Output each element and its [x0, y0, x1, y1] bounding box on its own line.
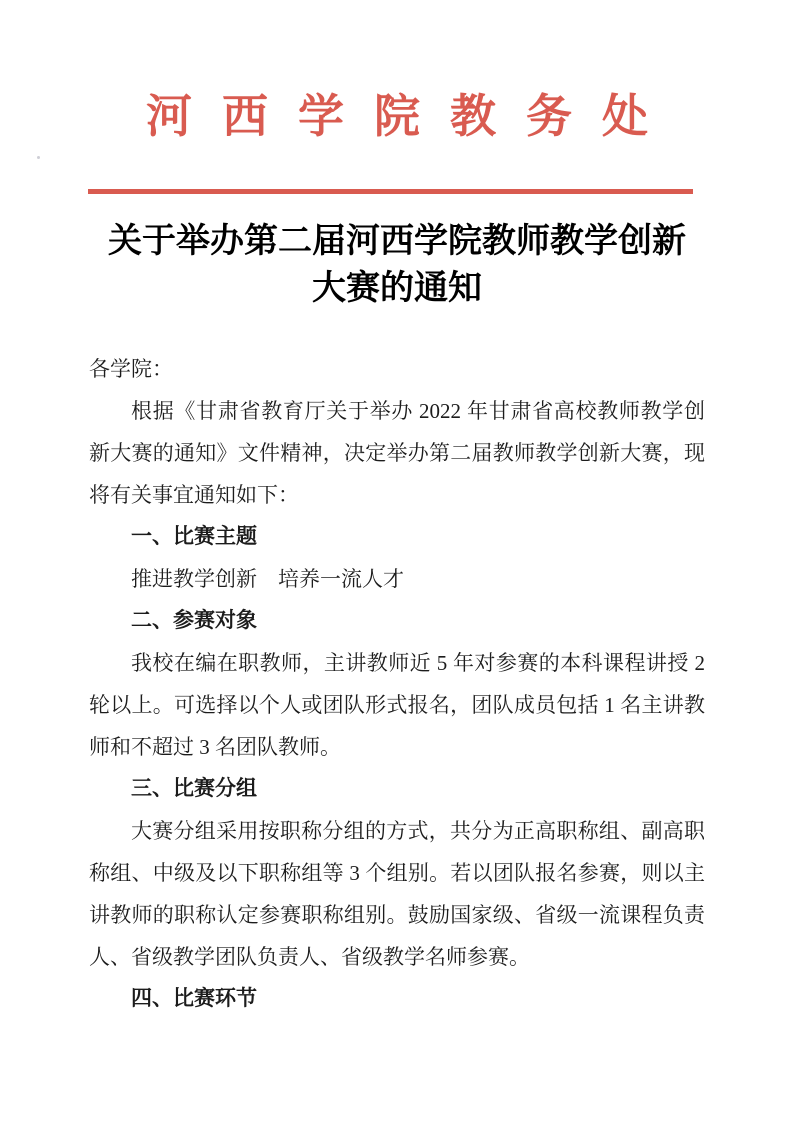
- letterhead-divider-line: [88, 189, 693, 194]
- section-text-3: 大赛分组采用按职称分组的方式，共分为正高职称组、副高职称组、中级及以下职称组等 …: [89, 810, 705, 978]
- intro-paragraph: 根据《甘肃省教育厅关于举办 2022 年甘肃省高校教师教学创新大赛的通知》文件精…: [89, 390, 705, 516]
- section-text-2: 我校在编在职教师，主讲教师近 5 年对参赛的本科课程讲授 2 轮以上。可选择以个…: [89, 642, 705, 768]
- salutation: 各学院：: [89, 348, 705, 390]
- document-title: 关于举办第二届河西学院教师教学创新 大赛的通知: [0, 218, 794, 312]
- section-heading-4: 四、比赛环节: [89, 978, 705, 1020]
- document-body: 各学院： 根据《甘肃省教育厅关于举办 2022 年甘肃省高校教师教学创新大赛的通…: [89, 348, 705, 1020]
- scan-speck: [37, 156, 40, 159]
- document-title-line2: 大赛的通知: [0, 265, 794, 312]
- section-heading-2: 二、参赛对象: [89, 600, 705, 642]
- section-text-1: 推进教学创新 培养一流人才: [89, 558, 705, 600]
- document-title-line1: 关于举办第二届河西学院教师教学创新: [0, 218, 794, 265]
- section-heading-1: 一、比赛主题: [89, 516, 705, 558]
- letterhead-title: 河西学院教务处: [0, 0, 794, 140]
- section-heading-3: 三、比赛分组: [89, 768, 705, 810]
- document-page: 河西学院教务处 关于举办第二届河西学院教师教学创新 大赛的通知 各学院： 根据《…: [0, 0, 794, 1123]
- letterhead: 河西学院教务处: [0, 0, 794, 194]
